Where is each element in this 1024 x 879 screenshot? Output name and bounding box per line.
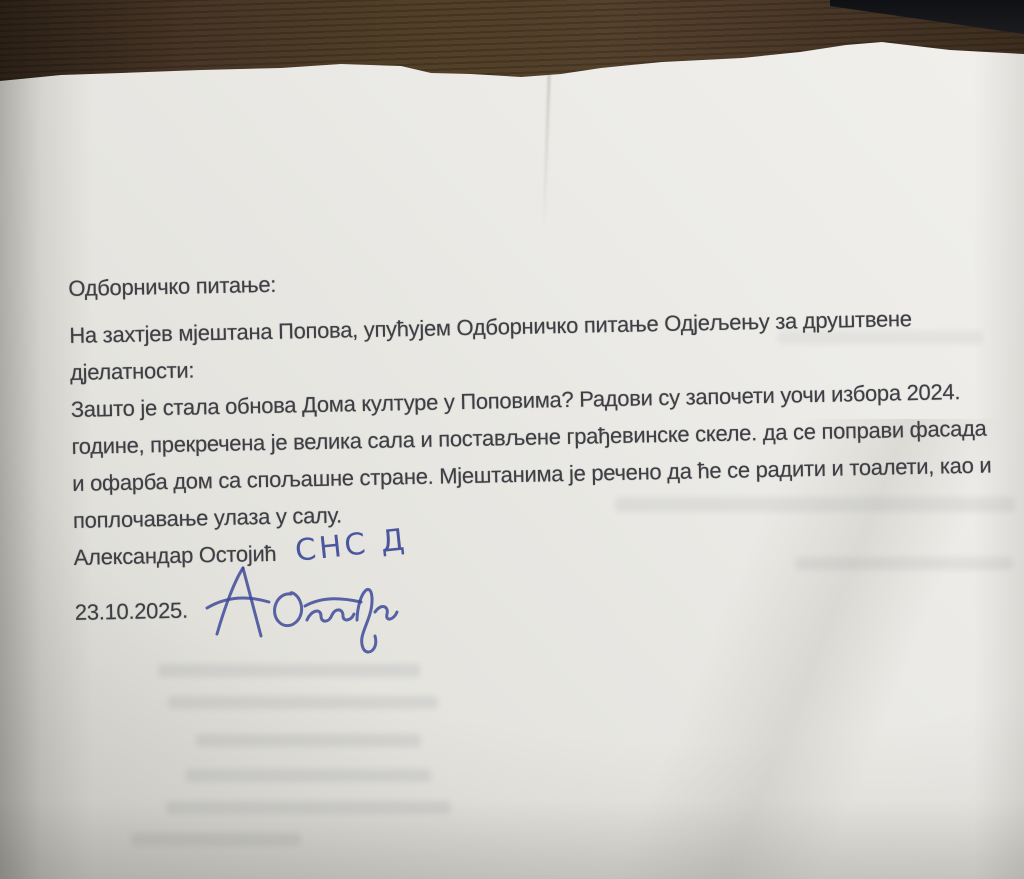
- bleedthrough-line: [186, 769, 431, 782]
- signature-scribble: [205, 556, 405, 666]
- bleedthrough-line: [131, 833, 301, 846]
- bleedthrough-line: [196, 734, 421, 747]
- photo-of-document: Одборничко питање: На захтјев мјештана П…: [0, 0, 1024, 879]
- bleedthrough-line: [168, 696, 438, 709]
- bleedthrough-line: [166, 801, 451, 814]
